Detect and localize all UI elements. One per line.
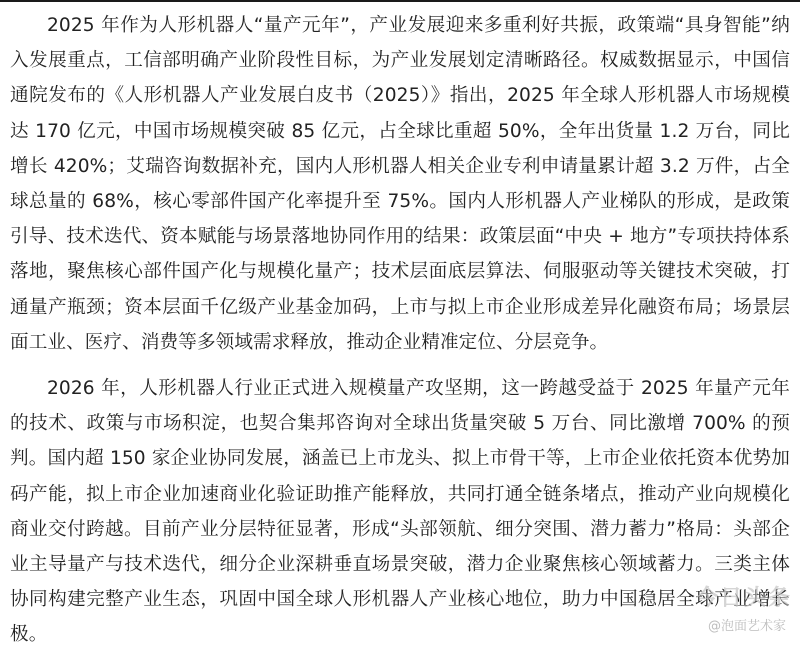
article-body: 2025 年作为人形机器人“量产元年”，产业发展迎来多重利好共振，政策端“具身智…	[10, 8, 790, 648]
top-border-line	[0, 0, 800, 2]
paragraph-2026-scale-production: 2026 年，人形机器人行业正式进入规模量产攻坚期，这一跨越受益于 2025 年…	[10, 371, 790, 648]
paragraph-2025-mass-production: 2025 年作为人形机器人“量产元年”，产业发展迎来多重利好共振，政策端“具身智…	[10, 8, 790, 360]
watermark-logo: 今日头条	[696, 581, 792, 612]
